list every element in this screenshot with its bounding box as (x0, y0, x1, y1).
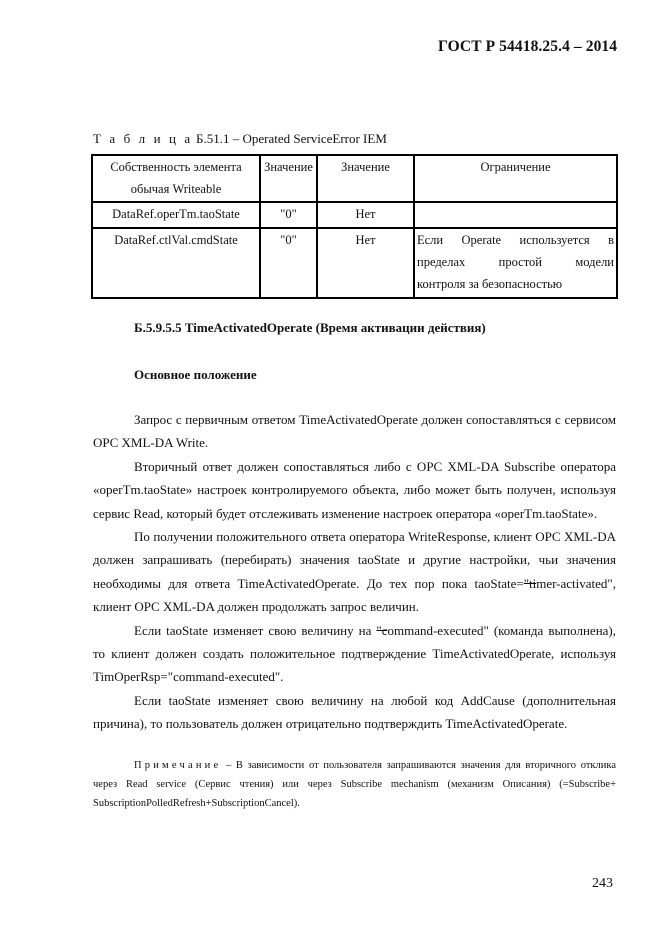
cell-constraint: ЕслиOperateиспользуетсяв пределахпростой… (414, 228, 617, 298)
table-caption: Т а б л и ц а Б.51.1 – Operated ServiceE… (93, 131, 387, 147)
body-text: Запрос с первичным ответом TimeActivated… (93, 408, 616, 736)
subsection-heading: Основное положение (134, 367, 257, 383)
column-header-constraint: Ограничение (414, 155, 617, 202)
paragraph-4-strike: "c (376, 623, 387, 638)
table-header-row: Собственность элемента обычая Writeable … (92, 155, 617, 202)
section-heading: Б.5.9.5.5 TimeActivatedOperate (Время ак… (134, 320, 486, 336)
document-header-title: ГОСТ Р 54418.25.4 – 2014 (438, 38, 617, 56)
table-caption-prefix: Т а б л и ц а (93, 131, 193, 146)
column-header-value1: Значение (260, 155, 317, 202)
note-paragraph: Примечание – В зависимости от пользовате… (93, 756, 616, 813)
paragraph-2: Вторичный ответ должен сопоставляться ли… (93, 455, 616, 525)
note-label: Примечание (134, 760, 221, 771)
cell-value1: "0" (260, 202, 317, 228)
cell-value1: "0" (260, 228, 317, 298)
paragraph-3: По получении положительного ответа опера… (93, 525, 616, 619)
table-row: DataRef.operTm.taoState "0" Нет (92, 202, 617, 228)
column-header-value2: Значение (317, 155, 414, 202)
cell-constraint (414, 202, 617, 228)
paragraph-5: Если taoState изменяет свою величину на … (93, 689, 616, 736)
cell-value2: Нет (317, 228, 414, 298)
page-number: 243 (592, 876, 613, 892)
constraint-line-2: пределахпростоймодели (415, 251, 616, 273)
properties-table: Собственность элемента обычая Writeable … (91, 154, 618, 299)
table-caption-text: Б.51.1 – Operated ServiceError IEM (193, 131, 387, 146)
cell-property: DataRef.operTm.taoState (92, 202, 260, 228)
note-block: Примечание – В зависимости от пользовате… (93, 756, 616, 813)
paragraph-3-strike: "ti (524, 576, 537, 591)
table-row: DataRef.ctlVal.cmdState "0" Нет ЕслиOper… (92, 228, 617, 298)
column-header-property: Собственность элемента обычая Writeable (92, 155, 260, 202)
constraint-line-3: контроля за безопасностью (415, 273, 616, 295)
paragraph-4-text-a: Если taoState изменяет свою величину на (134, 623, 376, 638)
constraint-line-1: ЕслиOperateиспользуетсяв (415, 229, 616, 251)
cell-value2: Нет (317, 202, 414, 228)
cell-property: DataRef.ctlVal.cmdState (92, 228, 260, 298)
paragraph-1: Запрос с первичным ответом TimeActivated… (93, 408, 616, 455)
paragraph-4: Если taoState изменяет свою величину на … (93, 619, 616, 689)
